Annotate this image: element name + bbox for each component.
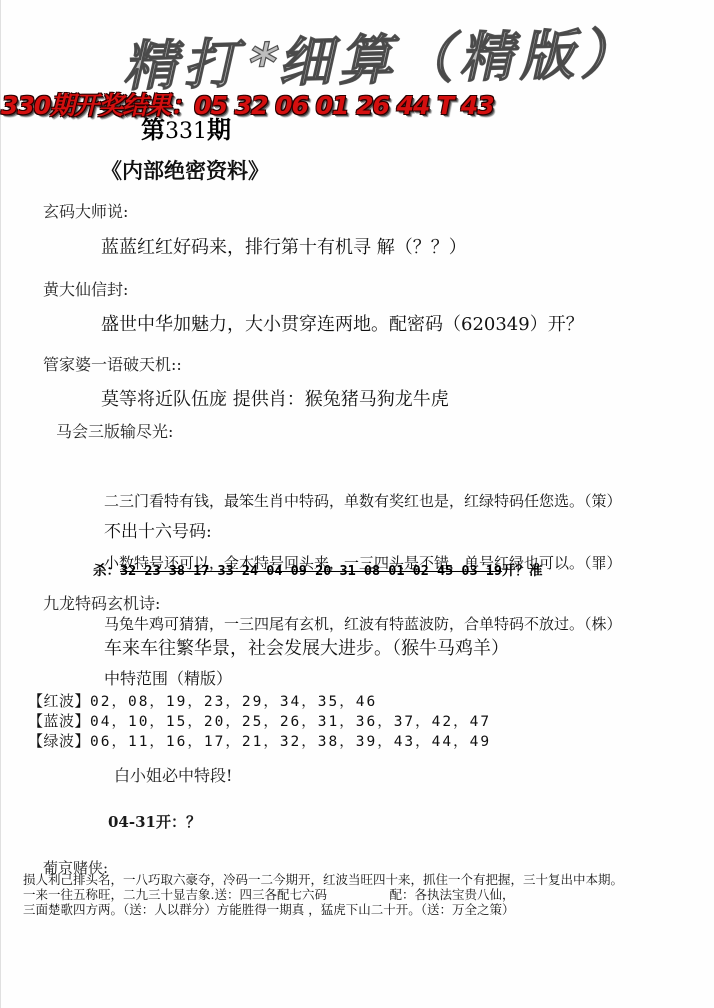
issue-prefix: 第 [141,115,165,144]
range-title: 中特范围（精版） [104,666,232,689]
wave-numbers-blue: 04，10，15，20，25，26，31，36，37，42，47 [90,714,491,730]
kill-numbers: 32 23 38 17 33 24 04 09 20 31 08 01 02 4… [120,563,502,579]
baixiaojie-result: 04-31开：？ [108,811,201,832]
footer-line-1: 损人利己排头名，一八巧取六豪夺，冷码一二今期开，红波当旺四十来，抓住一个有把握，… [23,873,623,888]
section-label-jiulong: 九龙特码玄机诗: [43,591,160,614]
secret-heading: 《内部绝密资料》 [101,155,269,185]
section-content-master: 蓝蓝红红好码来，排行第十有机寻 解（？？） [101,233,467,259]
poem-line: 二三门看特有钱，最笨生肖中特码，单数有奖红也是，红绿特码任您选。（策） [104,491,622,512]
previous-draw-result-banner: 330期开奖结果：05 32 06 01 26 44 T 43 [1,86,481,122]
section-label-huangdaxian: 黄大仙信封: [43,277,128,300]
kill-suffix: 开？准 [502,563,543,579]
wave-numbers-red: 02，08，19，23，29，34，35，46 [90,694,377,710]
section-label-mahui: 马会三版输尽光: [56,419,173,442]
section-content-guanjiapo: 莫等将近队伍庞 提供肖：猴兔猪马狗龙牛虎 [101,385,449,411]
issue-number: 331 [165,119,207,144]
section-content-jiulong: 车来车往繁华景，社会发展大进步。（猴牛马鸡羊） [104,634,509,660]
footer-line-2: 一来一往五称旺，二九三十显吉象.送：四三各配七六码 配：各执法宝贵八仙， [23,888,514,903]
section-content-huangdaxian: 盛世中华加魅力，大小贯穿连两地。配密码（620349）开？ [101,310,584,336]
tip-sheet-page: 精打*细算（精版） 330期开奖结果：05 32 06 01 26 44 T 4… [0,0,714,1008]
issue-title: 第331期 [141,110,231,145]
kill-prefix: 杀： [93,563,120,579]
baixiaojie-line: 白小姐必中特段! [114,763,232,786]
wave-row-red: 【红波】02，08，19，23，29，34，35，46 [28,690,377,711]
mahui-sub-label: 不出十六号码: [104,517,212,542]
section-label-guanjiapo: 管家婆一语破天机:: [43,352,182,375]
wave-label-blue: 【蓝波】 [28,712,90,730]
wave-row-blue: 【蓝波】04，10，15，20，25，26，31，36，37，42，47 [28,710,491,731]
kill-numbers-line: 杀：32 23 38 17 33 24 04 09 20 31 08 01 02… [93,559,543,579]
poem-line: 马兔牛鸡可猜猜，一三四尾有玄机，红波有特蓝波防，合单特码不放过。（株） [104,614,622,635]
wave-row-green: 【绿波】06，11，16，17，21，32，38，39，43，44，49 [28,730,491,751]
section-label-master: 玄码大师说: [43,199,128,222]
wave-label-red: 【红波】 [28,692,90,710]
wave-label-green: 【绿波】 [28,732,90,750]
issue-suffix: 期 [207,115,231,144]
wave-numbers-green: 06，11，16，17，21，32，38，39，43，44，49 [90,734,491,750]
footer-line-3: 三面楚歌四方两。（送：人以群分）方能胜得一期真 ，猛虎下山二十开。（送：万全之策… [23,903,514,918]
